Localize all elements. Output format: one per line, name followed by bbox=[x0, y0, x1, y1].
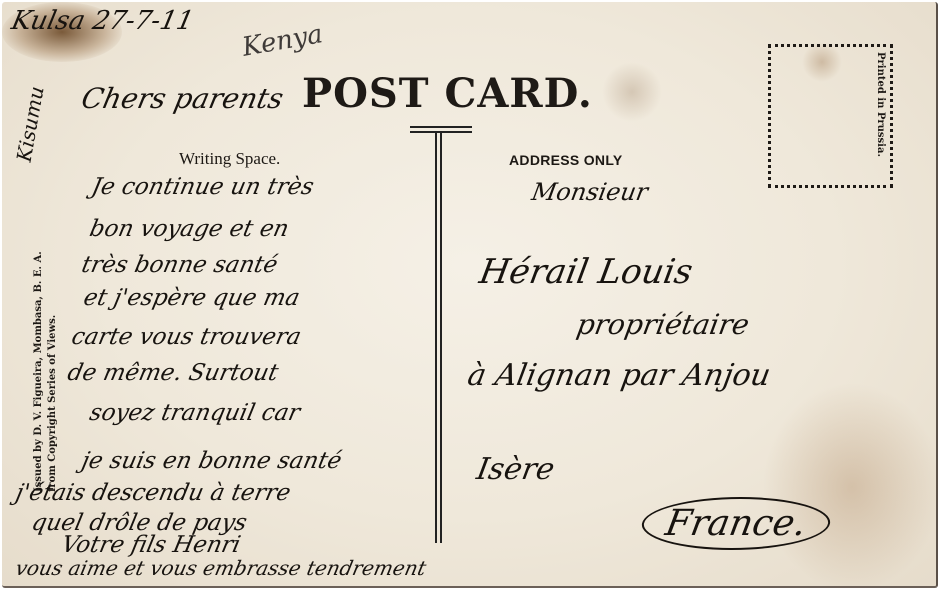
message-line: j'étais descendu à terre bbox=[13, 480, 293, 506]
message-line: vous aime et vous embrasse tendrement bbox=[13, 556, 428, 580]
date-annotation: Kulsa 27-7-11 bbox=[9, 6, 197, 36]
address-line: Hérail Louis bbox=[476, 252, 695, 292]
divider-vertical bbox=[440, 133, 442, 543]
writing-space-label: Writing Space. bbox=[179, 149, 280, 169]
stain bbox=[602, 62, 662, 122]
divider-vertical bbox=[435, 133, 437, 543]
pencil-note: Kenya bbox=[240, 19, 325, 63]
address-line: France. bbox=[637, 497, 834, 550]
printed-in-prussia: Printed in Prussia. bbox=[872, 52, 886, 180]
address-line: à Alignan par Anjou bbox=[465, 358, 773, 393]
stain bbox=[762, 382, 940, 589]
address-line: Monsieur bbox=[530, 178, 651, 206]
message-line: je suis en bonne santé bbox=[79, 448, 344, 474]
message-line: soyez tranquil car bbox=[87, 400, 302, 426]
divider-top bbox=[410, 126, 472, 128]
margin-note: Kisumu bbox=[12, 84, 49, 163]
message-line: de même. Surtout bbox=[65, 360, 280, 386]
publisher-imprint: Issued by D. V. Figueira, Mombasa, B. E.… bbox=[32, 232, 66, 492]
address-only-label: ADDRESS ONLY bbox=[509, 152, 623, 168]
address-line: propriétaire bbox=[574, 308, 752, 341]
publisher-line-2: from Copyright Series of Views. bbox=[47, 315, 58, 492]
message-line: Votre fils Henri bbox=[59, 532, 243, 558]
postcard: POST CARD. Writing Space. ADDRESS ONLY P… bbox=[2, 2, 938, 588]
message-line: Je continue un très bbox=[89, 174, 316, 200]
publisher-line-1: Issued by D. V. Figueira, Mombasa, B. E.… bbox=[33, 251, 44, 492]
message-line: bon voyage et en bbox=[87, 216, 291, 242]
message-line: carte vous trouvera bbox=[69, 324, 303, 350]
message-salutation: Chers parents bbox=[78, 82, 286, 115]
postcard-title: POST CARD. bbox=[302, 70, 593, 117]
message-line: et j'espère que ma bbox=[81, 285, 302, 311]
message-line: très bonne santé bbox=[79, 252, 280, 278]
address-line: Isère bbox=[474, 452, 557, 487]
